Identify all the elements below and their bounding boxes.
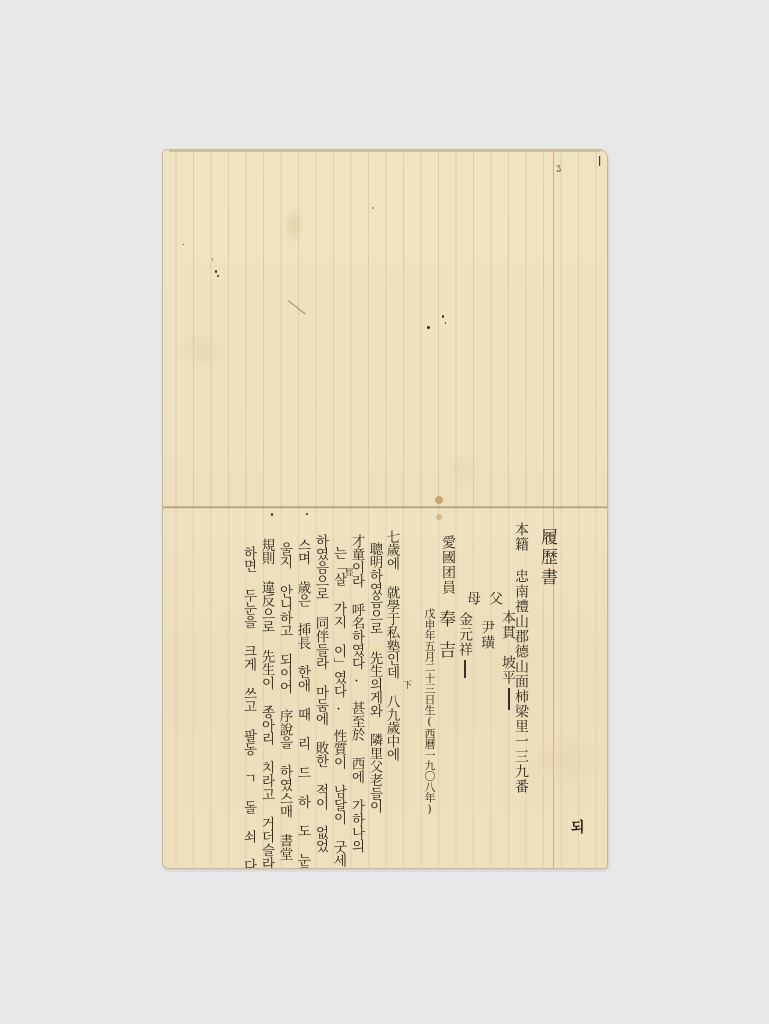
ink-speck: ʓ (556, 164, 561, 173)
epithet: 愛國团員 (438, 535, 458, 595)
ink-speck (271, 513, 273, 516)
ink-speck (183, 244, 184, 245)
page-number: 되 (571, 817, 585, 837)
mother-name: 金元祥 (455, 612, 475, 657)
body-line-2: 聰明하였음으로 先生의게와 隣里父老들이 (367, 542, 381, 813)
clan-origin-label: 本貫 (498, 610, 518, 640)
notebook-page: ⸯ ǀ ʓ 履歷書 本籍 忠南禮山郡德山面柿梁里一三九番 本貫 坡平 父 尹璜 … (163, 150, 607, 868)
document-title: 履歷書 (535, 528, 560, 588)
page-top-edge (169, 150, 601, 152)
clan-origin-value: 坡平 (498, 655, 518, 685)
body-line-8: 規則 違反으로 先生이 종아리 치라고 거더슬라 (259, 538, 273, 868)
body-line-4: 는「살 가지 이」였다. 性質이 남달이 굿세고 조금 (331, 546, 345, 868)
ink-speck (372, 207, 374, 209)
father-name: 尹璜 (477, 620, 497, 650)
interlinear-annotation: 徑 (344, 568, 355, 576)
birth-date: 戊申年五月二十三日生(西曆一九〇八年) (421, 608, 437, 815)
ink-speck (217, 275, 219, 277)
father-label: 父 (485, 591, 505, 606)
page-fold-crease (163, 506, 607, 509)
body-line-6: 스며 歲은 揷長 한애 때 리 드 하 도 눈물 흘리이고 (295, 538, 309, 868)
ink-speck (306, 513, 308, 515)
ink-speck (445, 322, 446, 324)
ink-speck: ⸯ (210, 260, 215, 268)
ink-speck (442, 315, 444, 318)
body-line-9: 하면 두눈을 크게 쓰고 팔동 ㄱ 돌 쇠 다 만 보았다 (241, 546, 255, 868)
ink-speck (215, 270, 217, 273)
underline-stroke (464, 660, 466, 678)
stain-spot (435, 496, 443, 504)
edge-mark: ǀ (598, 154, 601, 167)
ink-speck (427, 326, 430, 329)
body-line-1: 七歲에 就學于私塾인데 八九歲中에 (384, 530, 398, 761)
body-line-5: 하였음으로 同伴들라 마둠에 敗한 적이 없었 (313, 534, 327, 852)
body-line-3: 才童이라 呼名하였다. 甚至於 西에 가하나의 別號 (349, 534, 363, 868)
stain-spot (436, 514, 442, 520)
scratch-mark (288, 300, 306, 314)
body-line-7: 울지 안니하고 되이어 序說을 하였스매 書堂 (277, 542, 291, 860)
red-margin-rule (553, 150, 554, 868)
mother-label: 母 (463, 591, 483, 606)
margin-annotation: 下 (400, 680, 413, 689)
underline-stroke (508, 688, 510, 710)
